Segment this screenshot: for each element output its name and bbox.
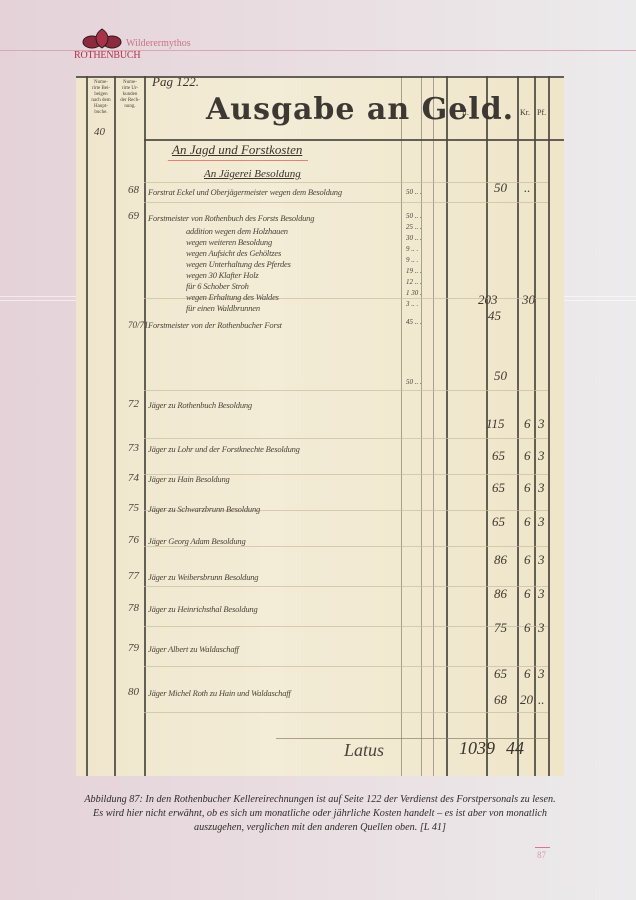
entry-text: Forstmeister von Rothenbuch des Forsts B…	[148, 213, 314, 223]
entry-number: 69	[128, 210, 139, 222]
inner-amount: 3 .. .	[406, 300, 418, 308]
amount-fl: 50	[494, 180, 507, 196]
amount-kr: ..	[524, 180, 531, 196]
entry-subline: wegen Aufsicht des Gehöltzes	[186, 248, 281, 258]
site-title[interactable]: Wilderermythos	[126, 38, 191, 49]
entry-text: Jäger Georg Adam Besoldung	[148, 536, 246, 546]
amount-pf: 3	[538, 514, 545, 530]
column-header-main-book: Nume- rirte Bei- beigen nach dem Haupt- …	[88, 80, 114, 116]
unit-kreuzer: Kr.	[520, 108, 530, 117]
ledger-scan-image: Pag 122. Nume- rirte Bei- beigen nach de…	[76, 76, 564, 776]
entry-subline: wegen Unterhaltung des Pferdes	[186, 259, 291, 269]
entry-text: Jäger Albert zu Waldaschaff	[148, 644, 239, 654]
inner-amount: 30 .. .	[406, 234, 422, 242]
amount-fl: 65	[492, 448, 505, 464]
amount-kr: 30	[522, 292, 535, 308]
section-heading: An Jagd und Forstkosten	[172, 142, 302, 158]
page-number: 87	[537, 850, 546, 860]
inner-amount: 12 .. .	[406, 278, 422, 286]
amount-pf: ..	[538, 692, 545, 708]
amount-kr: 6	[524, 416, 531, 432]
entry-text: Jäger Michel Roth zu Hain und Waldaschaf…	[148, 688, 291, 698]
amount-fl: 65	[492, 514, 505, 530]
entry-text: Forstrat Eckel und Oberjägermeister wege…	[148, 187, 342, 197]
amount-kr: 6	[524, 480, 531, 496]
amount-kr: 6	[524, 586, 531, 602]
leaves-icon	[82, 27, 122, 51]
rothenbuch-logo[interactable]: ROTHENBUCH	[74, 27, 130, 63]
amount-pf: 3	[538, 480, 545, 496]
amount-fl: 203	[478, 292, 498, 308]
entry-subline: wegen weiteren Besoldung	[186, 237, 272, 247]
amount-pf: 3	[538, 552, 545, 568]
inner-amount: 19 .. .	[406, 267, 422, 275]
main-book-number: 40	[94, 126, 105, 138]
entry-number: 80	[128, 686, 139, 698]
entry-subline: für einen Waldbrunnen	[186, 303, 260, 313]
entry-text: Forstmeister von der Rothenbucher Forst	[148, 320, 282, 330]
inner-amount: 9 .. .	[406, 245, 418, 253]
amount-pf: 3	[538, 448, 545, 464]
amount-fl: 65	[492, 480, 505, 496]
amount-fl: 86	[494, 586, 507, 602]
amount-fl: 50	[494, 368, 507, 384]
unit-pfennig: Pf.	[537, 108, 546, 117]
entry-number: 73	[128, 442, 139, 454]
total-kr: 44	[506, 738, 524, 759]
amount-kr: 6	[524, 514, 531, 530]
amount-kr: 6	[524, 552, 531, 568]
entry-subline: wegen 30 Klafter Holz	[186, 270, 259, 280]
logo-text: ROTHENBUCH	[74, 50, 140, 61]
entry-subline: wegen Erhaltung des Waldes	[186, 292, 279, 302]
inner-amount: 45 .. .	[406, 318, 422, 326]
subsection-heading: An Jägerei Besoldung	[204, 168, 301, 180]
amount-fl: 115	[486, 416, 505, 432]
amount-kr: 6	[524, 448, 531, 464]
entry-number: 75	[128, 502, 139, 514]
entry-number: 78	[128, 602, 139, 614]
unit-gulden: fl.	[462, 108, 469, 117]
inner-amount: 50 .. .	[406, 212, 422, 220]
entry-text: Jäger zu Weibersbrunn Besoldung	[148, 572, 258, 582]
column-header-documents: Nume- rirte Ur- kunden der Rech- nung.	[116, 80, 144, 110]
entry-text: Jäger zu Hain Besoldung	[148, 474, 230, 484]
page-reference: Pag 122.	[152, 76, 199, 90]
amount-pf: 3	[538, 666, 545, 682]
total-fl: 1039	[459, 738, 495, 759]
entry-text: Jäger zu Heinrichsthal Besoldung	[148, 604, 258, 614]
amount-fl: 86	[494, 552, 507, 568]
inner-amount: 50 .. .	[406, 378, 422, 386]
entry-number: 74	[128, 472, 139, 484]
figure-caption: Abbildung 87: In den Rothenbucher Keller…	[80, 793, 560, 835]
entry-text: Jäger zu Schwarzbrunn Besoldung	[148, 504, 260, 514]
entry-number: 72	[128, 398, 139, 410]
entry-number: 68	[128, 184, 139, 196]
entry-text: Jäger zu Lohr und der Forstknechte Besol…	[148, 444, 300, 454]
entry-subline: addition wegen dem Holzhauen	[186, 226, 288, 236]
amount-kr: 20	[520, 692, 533, 708]
amount-fl: 68	[494, 692, 507, 708]
entry-number: 77	[128, 570, 139, 582]
inner-amount: 50 .. .	[406, 188, 422, 196]
amount-fl: 65	[494, 666, 507, 682]
latus-label: Latus	[344, 740, 384, 761]
amount-fl: 75	[494, 620, 507, 636]
entry-subline: für 6 Schober Stroh	[186, 281, 249, 291]
amount-pf: 3	[538, 620, 545, 636]
amount-pf: 3	[538, 586, 545, 602]
inner-amount: 9 .. .	[406, 256, 418, 264]
inner-amount: 1 30 .	[406, 289, 422, 297]
amount-kr: 6	[524, 620, 531, 636]
amount-kr: 6	[524, 666, 531, 682]
amount-fl: 45	[488, 308, 501, 324]
entry-number: 70/71	[128, 320, 149, 330]
amount-pf: 3	[538, 416, 545, 432]
entry-number: 79	[128, 642, 139, 654]
inner-amount: 25 .. .	[406, 223, 422, 231]
page-number-rule	[535, 847, 550, 848]
entry-number: 76	[128, 534, 139, 546]
entry-text: Jäger zu Rothenbuch Besoldung	[148, 400, 252, 410]
